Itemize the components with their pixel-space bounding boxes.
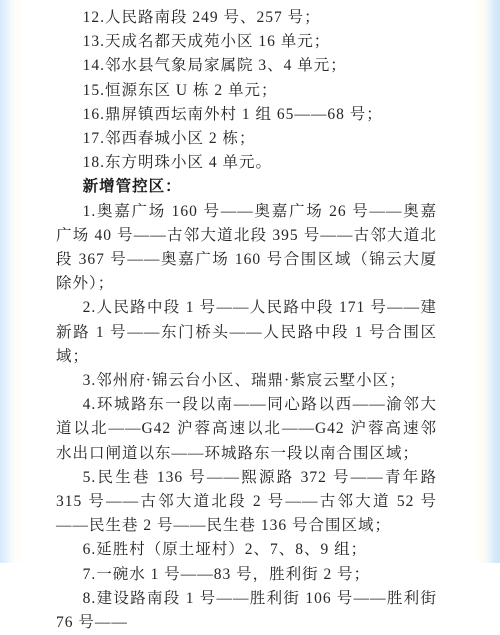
list-item-18: 18.东方明珠小区 4 单元。 (56, 151, 437, 175)
list-item-17: 17.邻西春城小区 2 栋； (56, 127, 437, 151)
section-heading-new-control-zones: 新增管控区： (56, 175, 437, 199)
zone-item-1: 1.奥嘉广场 160 号——奥嘉广场 26 号——奥嘉广场 40 号——古邻大道… (56, 200, 437, 297)
zone-item-5: 5.民生巷 136 号——熙源路 372 号——青年路 315 号——古邻大道北… (56, 466, 437, 539)
list-item-14: 14.邻水县气象局家属院 3、4 单元； (56, 54, 437, 78)
zone-item-2: 2.人民路中段 1 号——人民路中段 171 号——建新路 1 号——东门桥头—… (56, 296, 437, 369)
zone-item-3: 3.邻州府·锦云台小区、瑞鼎·紫宸云墅小区； (56, 369, 437, 393)
list-item-13: 13.天成名都天成苑小区 16 单元； (56, 30, 437, 54)
zone-item-6: 6.延胜村（原土垭村）2、7、8、9 组； (56, 538, 437, 562)
list-item-15: 15.恒源东区 U 栋 2 单元； (56, 79, 437, 103)
list-item-12: 12.人民路南段 249 号、257 号； (56, 6, 437, 30)
document-page: 12.人民路南段 249 号、257 号； 13.天成名都天成苑小区 16 单元… (0, 0, 500, 563)
zone-item-4: 4.环城路东一段以南——同心路以西——渝邻大道以北——G42 沪蓉高速以北——G… (56, 393, 437, 466)
list-item-16: 16.鼎屏镇西坛南外村 1 组 65——68 号； (56, 103, 437, 127)
document-content: 12.人民路南段 249 号、257 号； 13.天成名都天成苑小区 16 单元… (56, 6, 437, 563)
